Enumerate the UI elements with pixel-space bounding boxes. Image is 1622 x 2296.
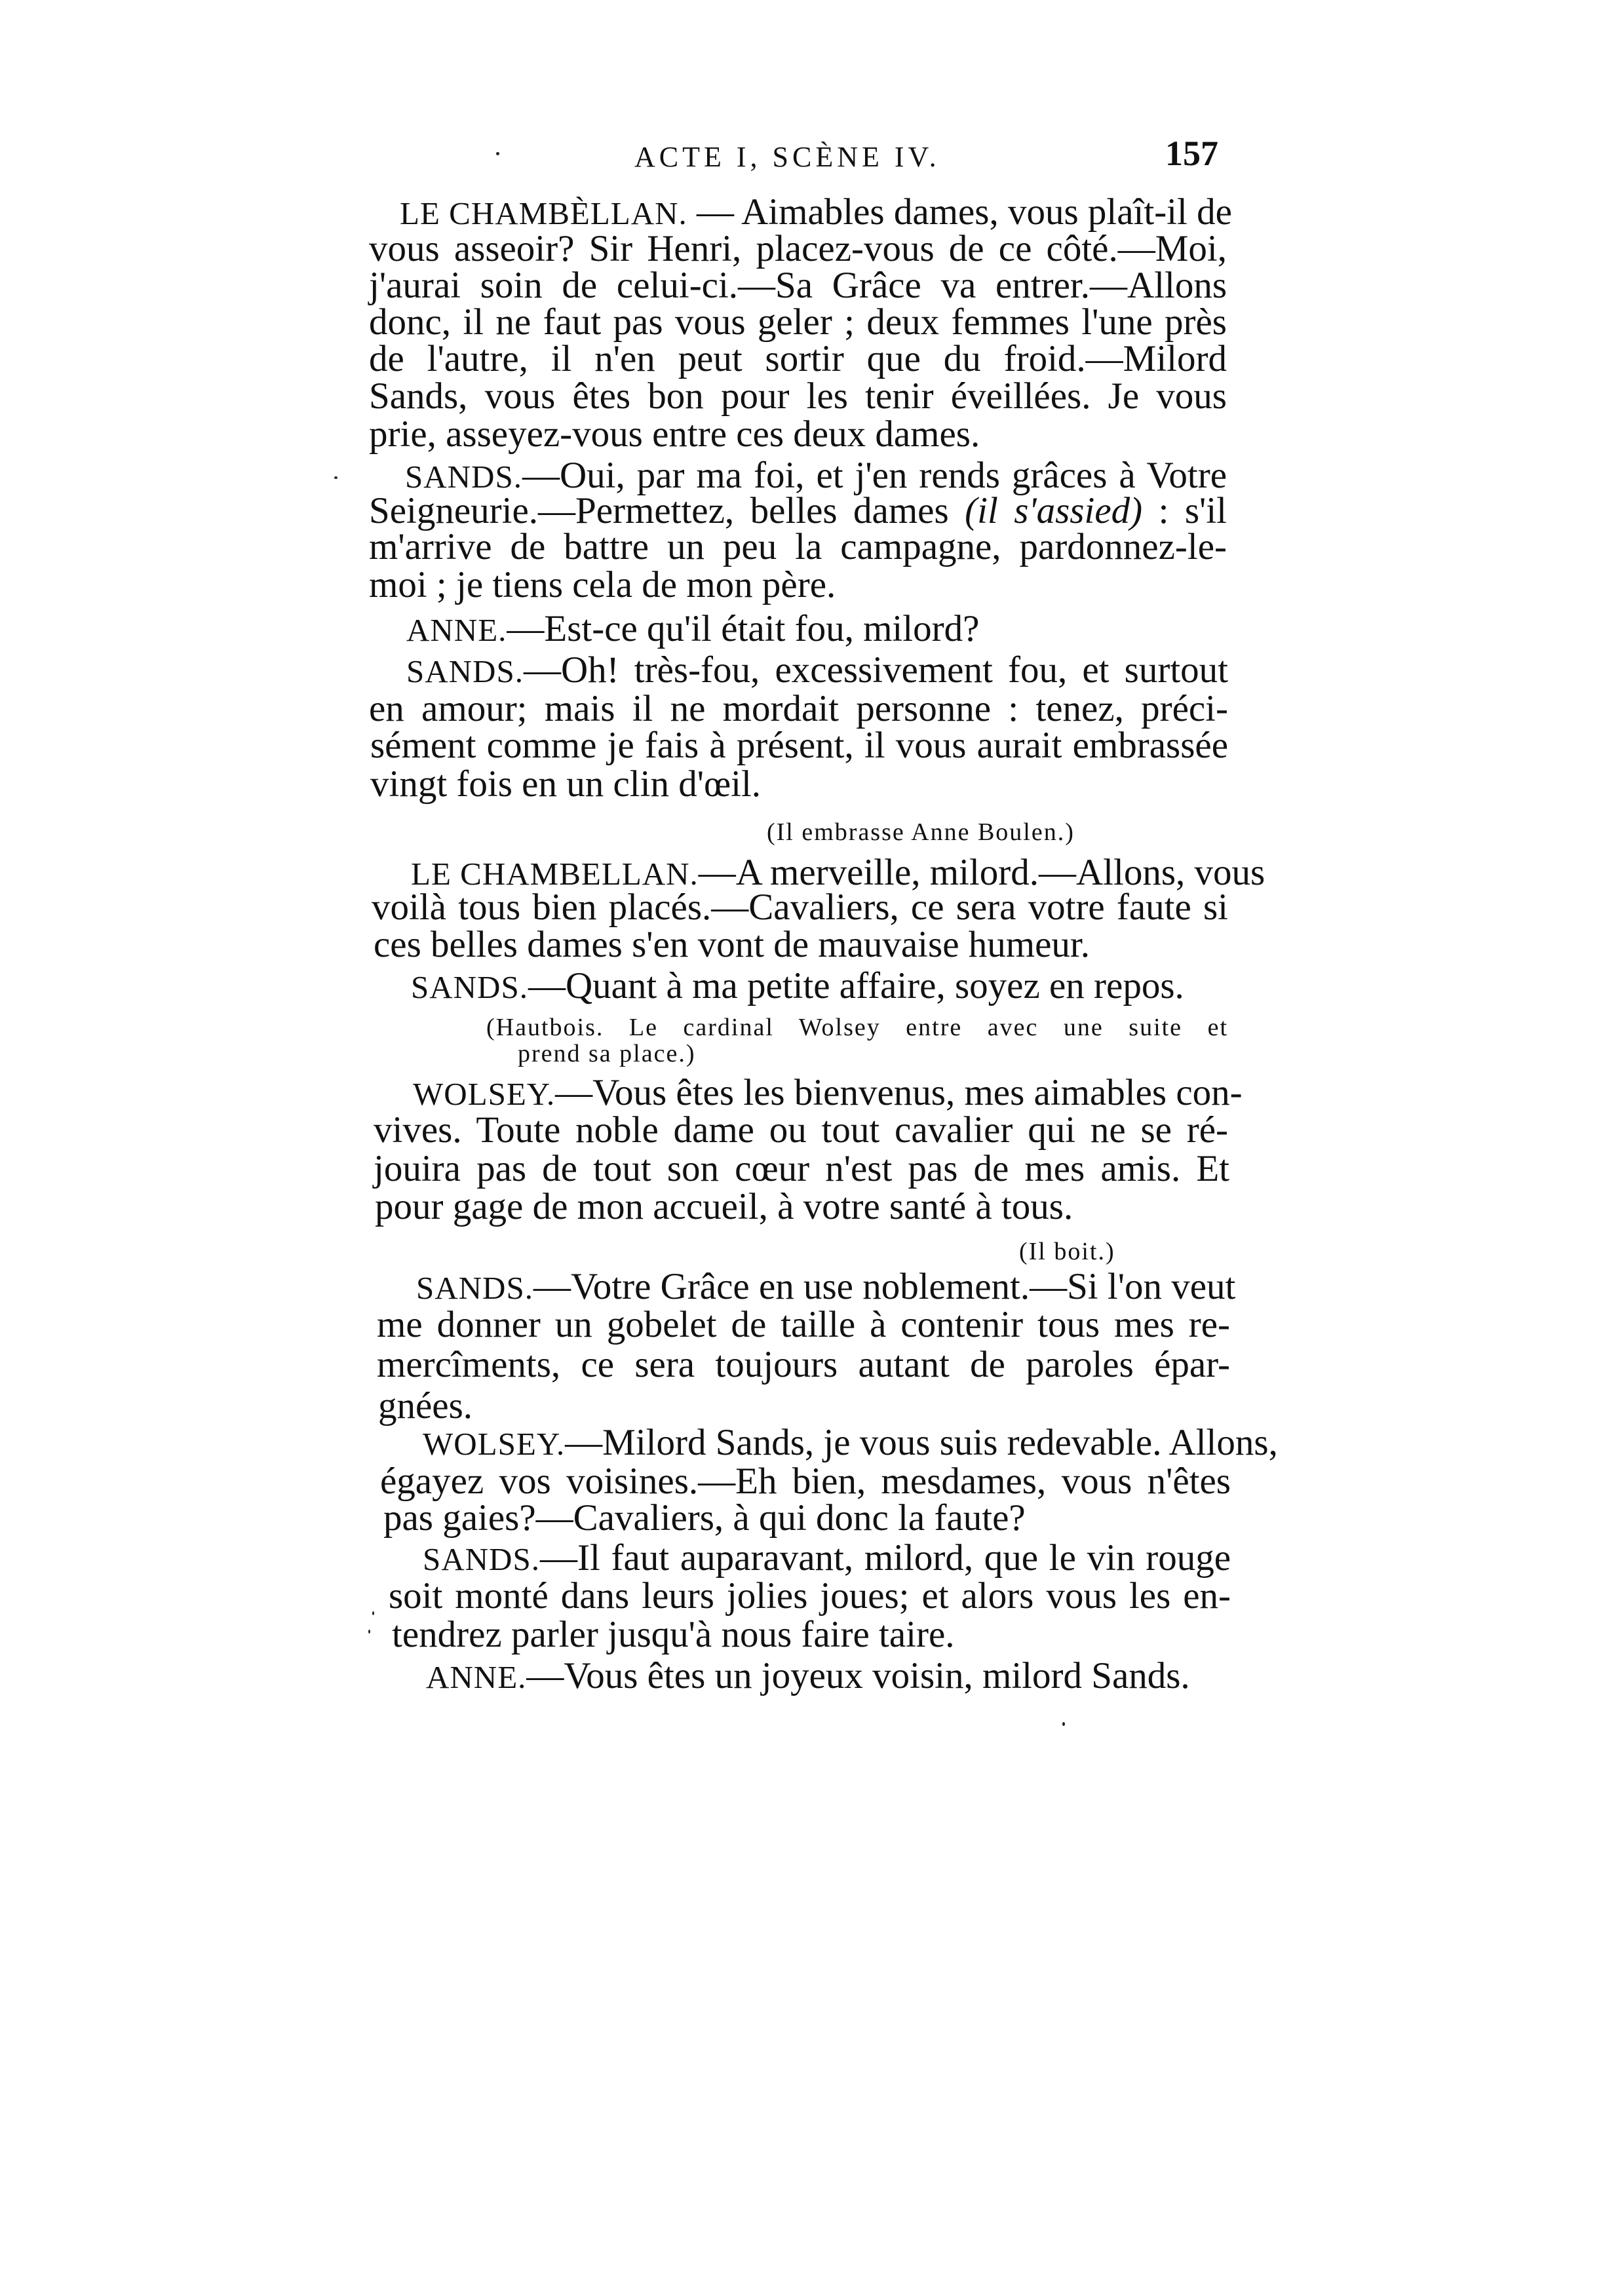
text-line: j'aurai soin de celui-ci.—Sa Grâce va en… <box>369 267 1227 304</box>
scan-speck <box>1062 1722 1065 1726</box>
speaker-name: LE CHAMBÈLLAN. <box>400 195 687 231</box>
dialogue-line: ANNE.—Vous êtes un joyeux voisin, milord… <box>426 1658 1190 1696</box>
dialogue-line: WOLSEY.—Vous êtes les bienvenus, mes aim… <box>413 1075 1228 1113</box>
text-line: gnées. <box>378 1388 473 1425</box>
text-line: pas gaies?—Cavaliers, à qui donc la faut… <box>383 1500 1026 1537</box>
scan-speck <box>372 1611 374 1615</box>
line-text: —Oh! très-fou, excessivement fou, et sur… <box>524 649 1228 691</box>
text-line: sément comme je fais à présent, il vous … <box>370 727 1228 764</box>
text-line: me donner un gobelet de taille à conteni… <box>377 1307 1230 1343</box>
text-line: égayez vos voisines.—Eh bien, mesdames, … <box>380 1463 1231 1500</box>
line-text: — Aimables dames, vous plaît-il de <box>687 191 1232 233</box>
text-line: vives. Toute noble dame ou tout cavalier… <box>374 1112 1228 1149</box>
stage-direction: prend sa place.) <box>518 1035 696 1072</box>
page-number: 157 <box>1165 135 1218 172</box>
running-header: ACTE I, SCÈNE IV. <box>634 139 940 176</box>
stage-direction: (Il embrasse Anne Boulen.) <box>767 814 1075 851</box>
dialogue-line: SANDS.—Oh! très-fou, excessivement fou, … <box>406 652 1228 690</box>
text-line: moi ; je tiens cela de mon père. <box>369 567 836 603</box>
text-line: tendrez parler jusqu'à nous faire taire. <box>392 1617 955 1653</box>
line-text: —Vous êtes les bienvenus, mes aimables c… <box>555 1072 1243 1113</box>
text-line: jouira pas de tout son cœur n'est pas de… <box>374 1151 1229 1187</box>
line-text: : s'il <box>1142 490 1227 531</box>
dialogue-line: WOLSEY.—Milord Sands, je vous suis redev… <box>423 1425 1230 1463</box>
line-text: Seigneurie.—Permettez, belles dames <box>369 490 965 531</box>
speaker-name: SANDS. <box>406 653 524 689</box>
text-line: vous asseoir? Sir Henri, placez-vous de … <box>369 231 1227 267</box>
stage-direction-inline: (il s'assied) <box>965 490 1142 531</box>
dialogue-line: SANDS.—Votre Grâce en use noblement.—Si … <box>416 1269 1230 1307</box>
text-line: en amour; mais il ne mordait personne : … <box>369 691 1228 727</box>
text-line: m'arrive de battre un peu la campagne, p… <box>369 529 1227 565</box>
speaker-name: SANDS. <box>423 1541 540 1577</box>
text-line: prie, asseyez-vous entre ces deux dames. <box>369 416 980 453</box>
line-text: —Votre Grâce en use noblement.—Si l'on v… <box>533 1266 1235 1307</box>
text-line: Seigneurie.—Permettez, belles dames (il … <box>369 493 1227 529</box>
dialogue-line: SANDS.—Il faut auparavant, milord, que l… <box>423 1540 1231 1578</box>
speaker-name: SANDS. <box>416 1270 533 1306</box>
text-line: pour gage de mon accueil, à votre santé … <box>375 1189 1073 1225</box>
line-text: —Vous êtes un joyeux voisin, milord Sand… <box>526 1655 1189 1696</box>
line-text: —Il faut auparavant, milord, que le vin … <box>540 1537 1231 1578</box>
book-page: ACTE I, SCÈNE IV. 157 LE CHAMBÈLLAN. — A… <box>0 0 1622 2296</box>
speaker-name: ANNE. <box>406 612 507 648</box>
line-text: —Milord Sands, je vous suis redevable. A… <box>565 1422 1278 1463</box>
text-line: de l'autre, il n'en peut sortir que du f… <box>369 341 1227 377</box>
stage-direction: (Il boit.) <box>1019 1233 1115 1270</box>
speaker-name: SANDS. <box>405 459 522 495</box>
line-text: —Quant à ma petite affaire, soyez en rep… <box>528 965 1184 1006</box>
scan-speck <box>334 476 338 479</box>
speaker-name: ANNE. <box>426 1659 526 1695</box>
scan-speck <box>368 1630 370 1634</box>
text-line: soit monté dans leurs jolies joues; et a… <box>389 1578 1231 1615</box>
text-line: ces belles dames s'en vont de mauvaise h… <box>374 927 1090 963</box>
speaker-name: WOLSEY. <box>423 1426 565 1462</box>
text-line: donc, il ne faut pas vous geler ; deux f… <box>369 304 1227 341</box>
text-line: Sands, vous êtes bon pour les tenir évei… <box>369 378 1227 415</box>
line-text: —Est-ce qu'il était fou, milord? <box>507 608 979 649</box>
speaker-name: WOLSEY. <box>413 1076 555 1112</box>
text-line: voilà tous bien placés.—Cavaliers, ce se… <box>372 889 1228 926</box>
speaker-name: SANDS. <box>411 969 528 1005</box>
dialogue-line: LE CHAMBÈLLAN. — Aimables dames, vous pl… <box>400 194 1227 232</box>
text-line: vingt fois en un clin d'œil. <box>370 766 761 803</box>
dialogue-line: SANDS.—Quant à ma petite affaire, soyez … <box>411 968 1184 1006</box>
dialogue-line: ANNE.—Est-ce qu'il était fou, milord? <box>406 611 979 649</box>
scan-speck <box>496 152 499 155</box>
text-line: mercîments, ce sera toujours autant de p… <box>377 1347 1230 1383</box>
